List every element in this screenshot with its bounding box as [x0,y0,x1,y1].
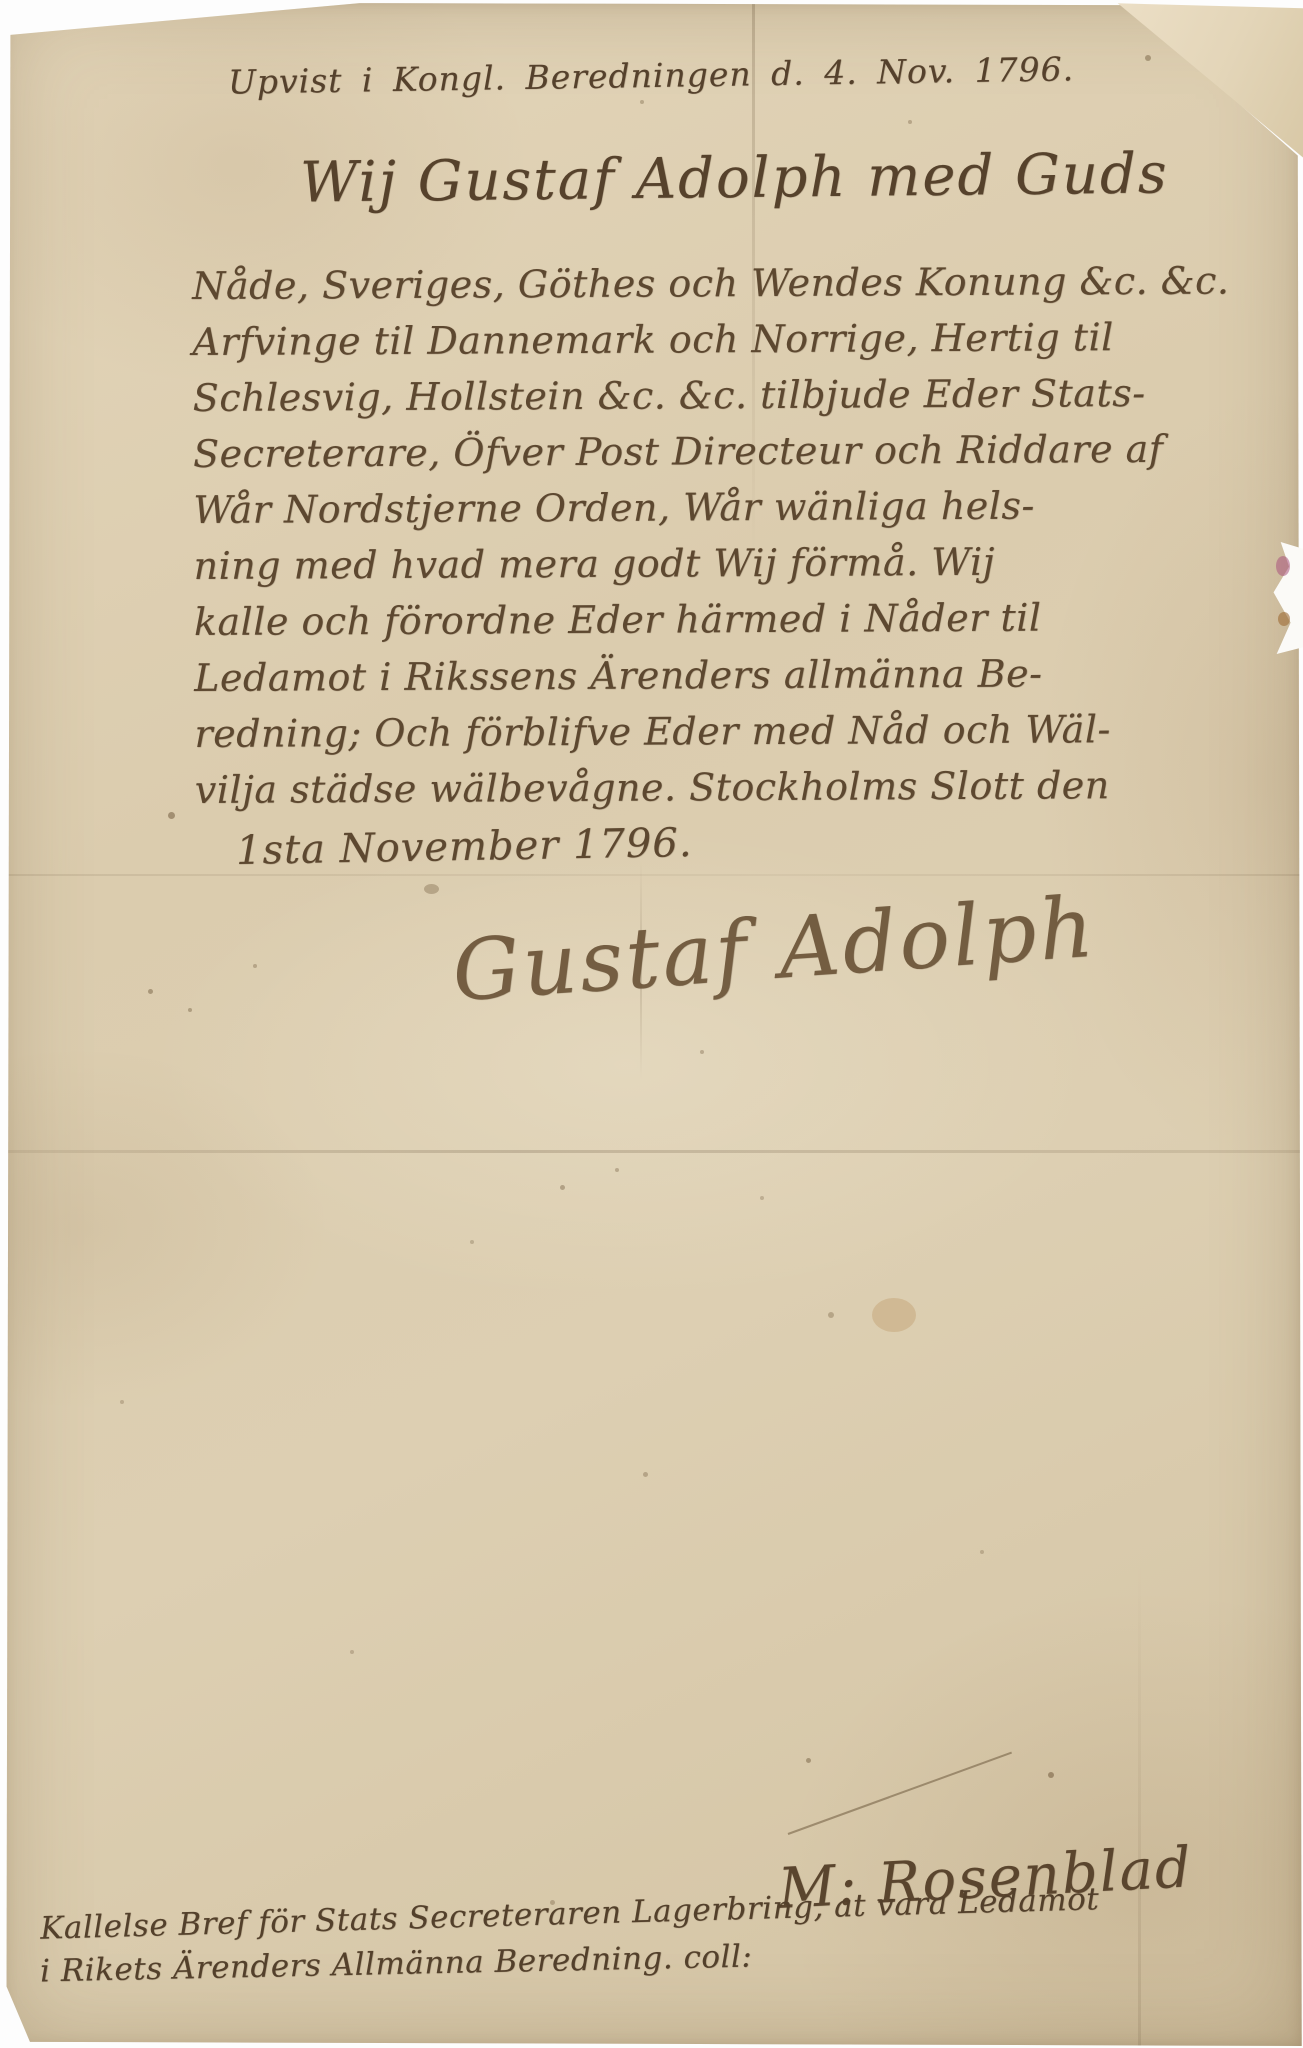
fold-crease-horizontal-main [0,1150,1303,1153]
paper-spot [188,1008,192,1012]
paper-spot [253,964,257,968]
body-line: Ledamot i Rikssens Ärenders allmänna Be- [194,646,1043,706]
body-line: Arfvinge til Dannemark och Norrige, Hert… [192,309,1114,370]
tear-stain-rust [1278,612,1290,626]
rust-stain [872,1298,916,1332]
body-line: vilja städse wälbevågne. Stockholms Slot… [195,757,1110,818]
paper-spot [980,1550,984,1554]
tear-stain-pink [1276,556,1290,576]
fold-crease-horizontal-upper [0,874,1303,876]
paper-spot [760,1196,764,1200]
body-line: Schlesvig, Hollstein &c. &c. tilbjude Ed… [193,365,1146,426]
body-line: ning med hvad mera godt Wij förmå. Wij [193,534,995,594]
paper-spot [806,1758,811,1763]
body-line: kalle och förordne Eder härmed i Nåder t… [194,590,1042,650]
body-line: Nåde, Sveriges, Göthes och Wendes Konung… [192,253,1230,314]
body-line: Secreterare, Öfver Post Directeur och Ri… [193,421,1164,482]
paper-spot [120,1400,124,1404]
paper-spot [643,1472,648,1477]
paper-spot [828,1312,834,1318]
paper-spot [640,100,644,104]
paper-spot [350,1650,354,1654]
paper-spot [560,1185,565,1190]
paper-spot [615,1168,619,1172]
fold-crease-vertical-bottom [1138,1560,1141,2048]
date-line: 1sta November 1796. [236,820,693,874]
body-line: Wår Nordstjerne Orden, Wår wänliga hels- [193,478,1035,538]
letter-paper: Upvist i Kongl. Beredningen d. 4. Nov. 1… [0,0,1303,2048]
paper-smudge [424,884,439,894]
body-line: redning; Och förblifve Eder med Nåd och … [194,701,1111,762]
paper-spot [908,120,912,124]
body-line-opening: Wij Gustaf Adolph med Guds [300,141,1169,215]
scan-background: Upvist i Kongl. Beredningen d. 4. Nov. 1… [0,0,1303,2048]
paper-spot [1145,55,1151,61]
paper-spot [1048,1772,1054,1778]
paper-spot [168,812,175,819]
paper-spot [700,1050,704,1054]
paper-spot [148,989,153,994]
paper-spot [470,1240,474,1244]
